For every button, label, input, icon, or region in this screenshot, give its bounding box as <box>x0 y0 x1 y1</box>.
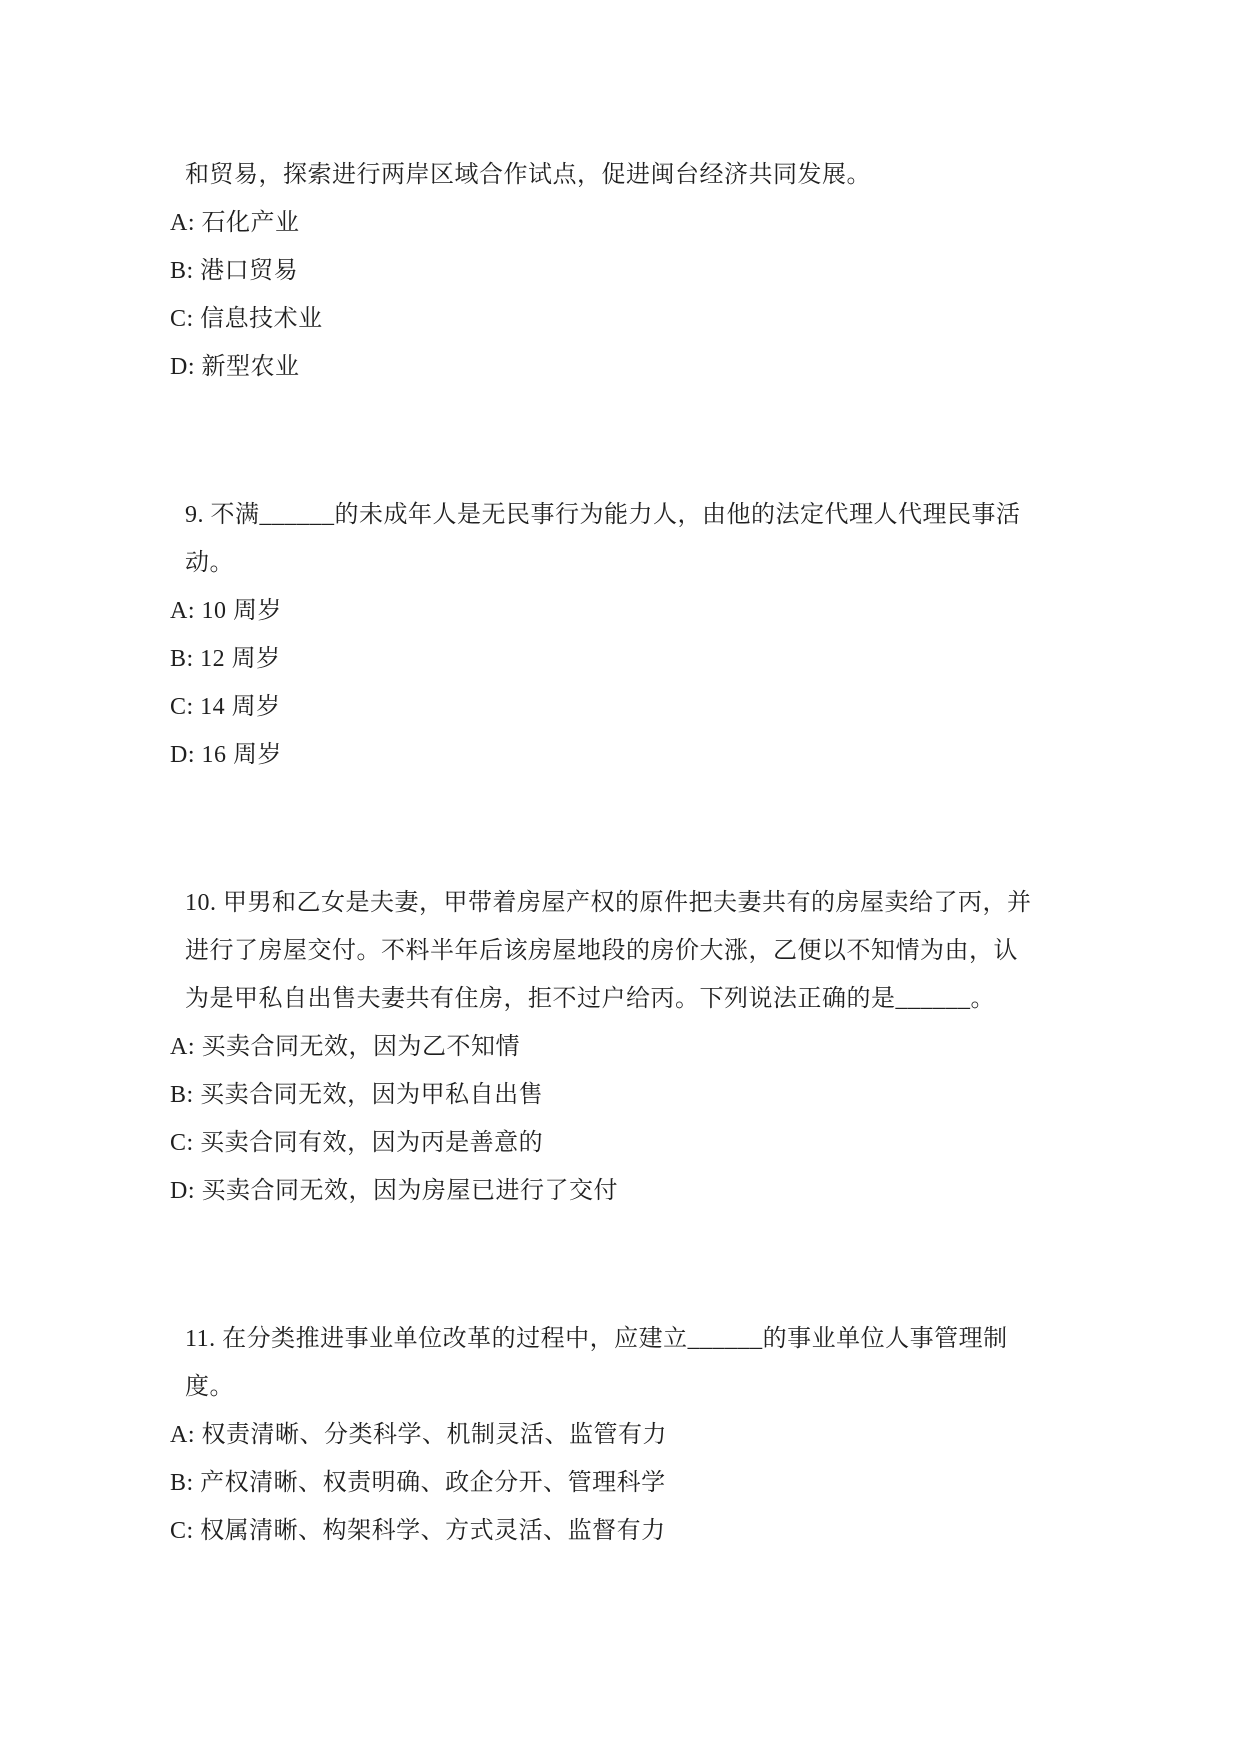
question-block-9: 9. 不满______的未成年人是无民事行为能力人，由他的法定代理人代理民事活 … <box>170 491 1180 779</box>
question-9-option-d: D: 16 周岁 <box>170 731 1180 779</box>
question-9-stem-line-1: 9. 不满______的未成年人是无民事行为能力人，由他的法定代理人代理民事活 <box>185 491 1180 539</box>
question-8-option-b: B: 港口贸易 <box>170 247 1180 295</box>
question-8-option-d: D: 新型农业 <box>170 343 1180 391</box>
question-10-stem-line-1: 10. 甲男和乙女是夫妻，甲带着房屋产权的原件把夫妻共有的房屋卖给了丙，并 <box>185 879 1180 927</box>
question-11-option-b: B: 产权清晰、权责明确、政企分开、管理科学 <box>170 1459 1180 1507</box>
question-11-option-a: A: 权责清晰、分类科学、机制灵活、监管有力 <box>170 1411 1180 1459</box>
question-10-stem-line-2: 进行了房屋交付。不料半年后该房屋地段的房价大涨，乙便以不知情为由，认 <box>185 927 1180 975</box>
questions-list: 和贸易，探索进行两岸区域合作试点，促进闽台经济共同发展。 A: 石化产业 B: … <box>0 0 1240 1555</box>
question-11-stem-line-2: 度。 <box>185 1363 1180 1411</box>
question-block-11: 11. 在分类推进事业单位改革的过程中，应建立______的事业单位人事管理制 … <box>170 1315 1180 1555</box>
document-page: 和贸易，探索进行两岸区域合作试点，促进闽台经济共同发展。 A: 石化产业 B: … <box>0 0 1240 1753</box>
question-11-option-c: C: 权属清晰、构架科学、方式灵活、监督有力 <box>170 1507 1180 1555</box>
question-11-stem-line-1: 11. 在分类推进事业单位改革的过程中，应建立______的事业单位人事管理制 <box>185 1315 1180 1363</box>
question-10-option-c: C: 买卖合同有效，因为丙是善意的 <box>170 1119 1180 1167</box>
question-8-option-c: C: 信息技术业 <box>170 295 1180 343</box>
question-9-option-c: C: 14 周岁 <box>170 683 1180 731</box>
question-9-option-b: B: 12 周岁 <box>170 635 1180 683</box>
question-10-option-d: D: 买卖合同无效，因为房屋已进行了交付 <box>170 1167 1180 1215</box>
question-10-option-a: A: 买卖合同无效，因为乙不知情 <box>170 1023 1180 1071</box>
question-8-stem-line-1: 和贸易，探索进行两岸区域合作试点，促进闽台经济共同发展。 <box>185 151 1180 199</box>
question-block-10: 10. 甲男和乙女是夫妻，甲带着房屋产权的原件把夫妻共有的房屋卖给了丙，并 进行… <box>170 879 1180 1215</box>
question-10-stem-line-3: 为是甲私自出售夫妻共有住房，拒不过户给丙。下列说法正确的是______。 <box>185 975 1180 1023</box>
question-block-8-partial: 和贸易，探索进行两岸区域合作试点，促进闽台经济共同发展。 A: 石化产业 B: … <box>170 151 1180 391</box>
question-9-stem-line-2: 动。 <box>185 539 1180 587</box>
question-8-option-a: A: 石化产业 <box>170 199 1180 247</box>
question-10-option-b: B: 买卖合同无效，因为甲私自出售 <box>170 1071 1180 1119</box>
question-9-option-a: A: 10 周岁 <box>170 587 1180 635</box>
